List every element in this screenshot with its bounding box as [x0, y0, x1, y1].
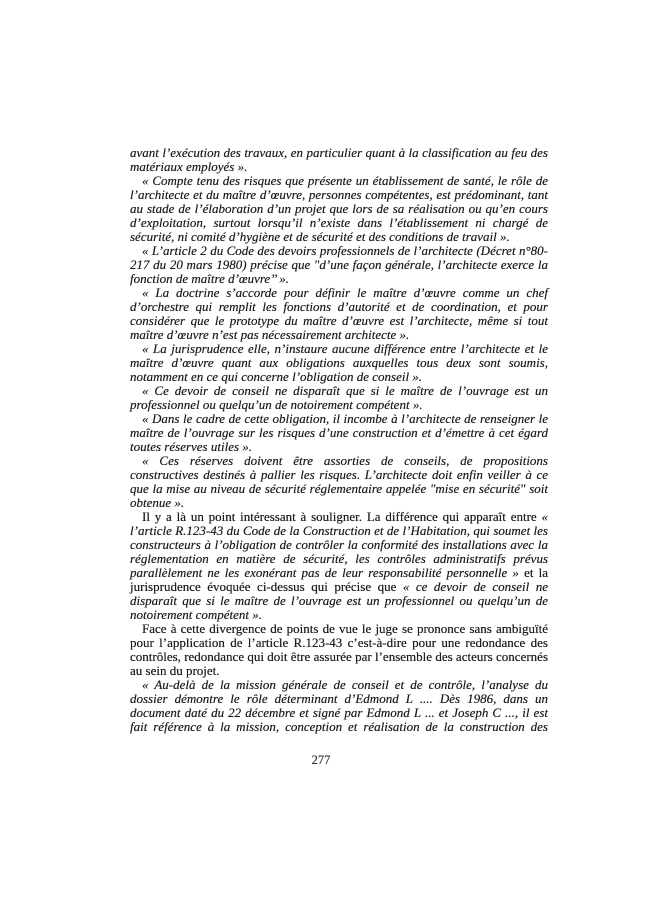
italic-text-segment: « Ces réserves doivent être assorties de…	[130, 453, 548, 510]
italic-text-segment: « Dans le cadre de cette obligation, il …	[130, 411, 548, 454]
paragraph: « Ces réserves doivent être assorties de…	[130, 454, 548, 510]
italic-text-segment: « La jurisprudence elle, n’instaure aucu…	[130, 341, 548, 384]
page-number: 277	[130, 753, 512, 767]
text-block: avant l’exécution des travaux, en partic…	[130, 146, 548, 734]
book-page: avant l’exécution des travaux, en partic…	[0, 0, 650, 920]
italic-text-segment: avant l’exécution des travaux, en partic…	[130, 145, 548, 174]
paragraph: avant l’exécution des travaux, en partic…	[130, 146, 548, 174]
italic-text-segment: « La doctrine s’accorde pour définir le …	[130, 285, 548, 342]
paragraph: « Ce devoir de conseil ne disparaît que …	[130, 384, 548, 412]
paragraph: « Dans le cadre de cette obligation, il …	[130, 412, 548, 454]
paragraph: Face à cette divergence de points de vue…	[130, 622, 548, 678]
paragraph: « Compte tenu des risques que présente u…	[130, 174, 548, 244]
italic-text-segment: « Au-delà de la mission générale de cons…	[130, 677, 548, 734]
italic-text-segment: « Compte tenu des risques que présente u…	[130, 173, 548, 244]
paragraph: « L’article 2 du Code des devoirs profes…	[130, 244, 548, 286]
roman-text-segment: Il y a là un point intéressant à soulign…	[142, 509, 542, 524]
paragraph: « Au-delà de la mission générale de cons…	[130, 678, 548, 734]
roman-text-segment: Face à cette divergence de points de vue…	[130, 621, 548, 678]
italic-text-segment: « Ce devoir de conseil ne disparaît que …	[130, 383, 548, 412]
paragraph: « La doctrine s’accorde pour définir le …	[130, 286, 548, 342]
paragraph: Il y a là un point intéressant à soulign…	[130, 510, 548, 622]
paragraph: « La jurisprudence elle, n’instaure aucu…	[130, 342, 548, 384]
italic-text-segment: « L’article 2 du Code des devoirs profes…	[130, 243, 548, 286]
